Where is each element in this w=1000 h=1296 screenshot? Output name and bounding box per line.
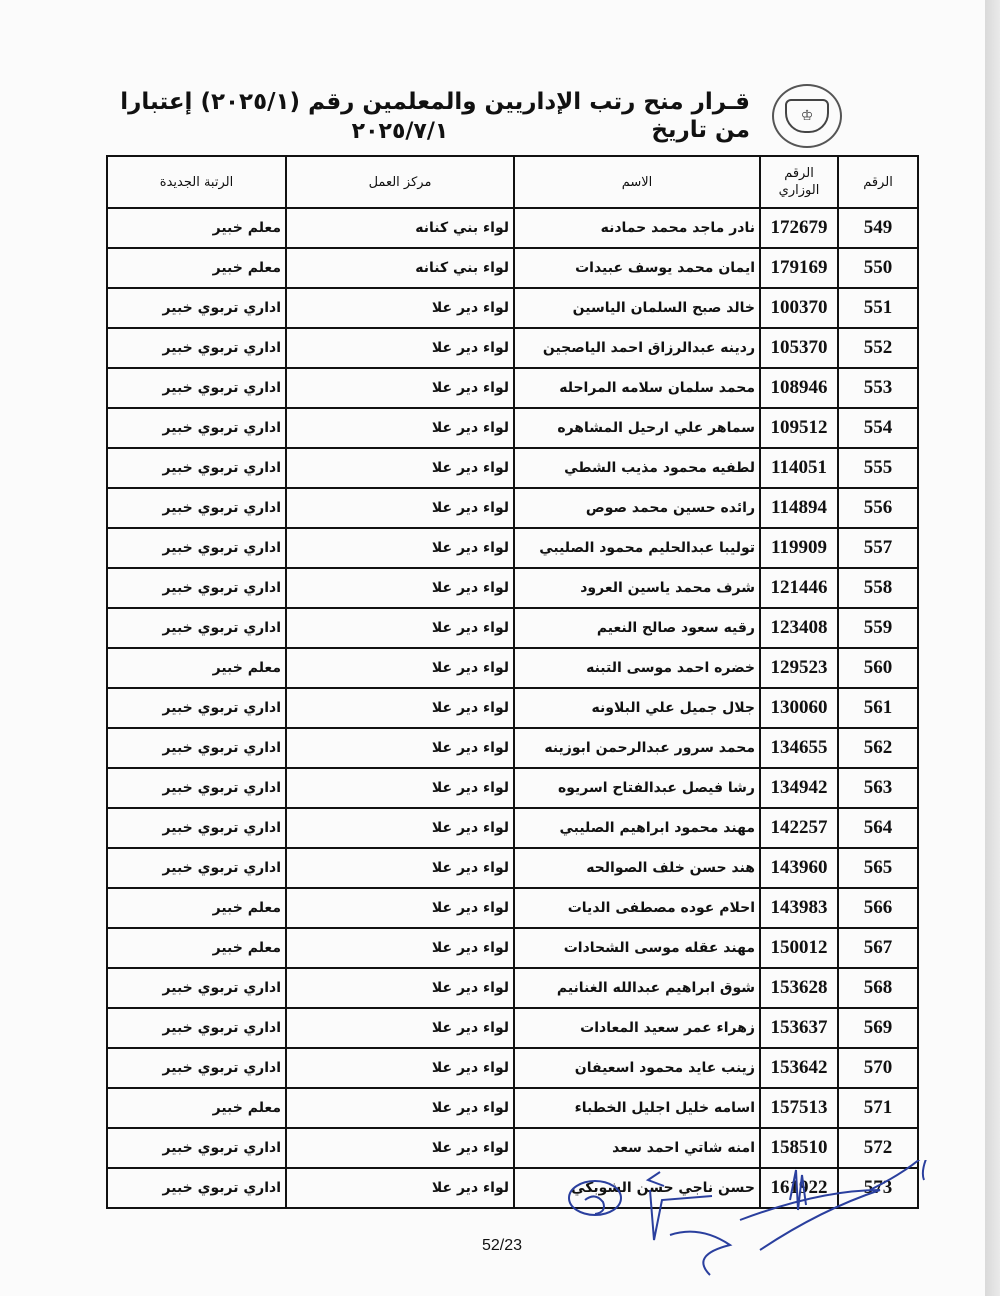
work-center-cell: لواء دير علا <box>286 968 514 1008</box>
serial-cell: 554 <box>838 408 918 448</box>
table-row: 560129523خضره احمد موسى التبنهلواء دير ع… <box>107 648 918 688</box>
new-rank-cell: اداري تربوي خبير <box>107 528 286 568</box>
ministry-id-cell: 142257 <box>760 808 838 848</box>
ministry-id-cell: 108946 <box>760 368 838 408</box>
table-row: 556114894رائده حسين محمد صوصلواء دير علا… <box>107 488 918 528</box>
ministry-id-cell: 130060 <box>760 688 838 728</box>
new-rank-cell: معلم خبير <box>107 208 286 248</box>
table-row: 554109512سماهر علي ارحيل المشاهرهلواء دي… <box>107 408 918 448</box>
table-row: 567150012مهند عقله موسى الشحاداتلواء دير… <box>107 928 918 968</box>
ministry-id-cell: 129523 <box>760 648 838 688</box>
work-center-cell: لواء دير علا <box>286 1088 514 1128</box>
header-serial: الرقم <box>838 156 918 208</box>
ministry-id-cell: 153637 <box>760 1008 838 1048</box>
name-cell: رائده حسين محمد صوص <box>514 488 760 528</box>
ministry-emblem-icon: ♔ <box>772 84 842 148</box>
work-center-cell: لواء دير علا <box>286 1008 514 1048</box>
name-cell: اسامه خليل اجليل الخطباء <box>514 1088 760 1128</box>
table-row: 561130060جلال جميل علي البلاونهلواء دير … <box>107 688 918 728</box>
work-center-cell: لواء دير علا <box>286 568 514 608</box>
ministry-id-cell: 179169 <box>760 248 838 288</box>
ministry-id-cell: 134942 <box>760 768 838 808</box>
serial-cell: 553 <box>838 368 918 408</box>
new-rank-cell: اداري تربوي خبير <box>107 768 286 808</box>
serial-cell: 565 <box>838 848 918 888</box>
new-rank-cell: اداري تربوي خبير <box>107 968 286 1008</box>
new-rank-cell: اداري تربوي خبير <box>107 488 286 528</box>
table-row: 557119909توليبا عبدالحليم محمود الصليبيل… <box>107 528 918 568</box>
serial-cell: 560 <box>838 648 918 688</box>
name-cell: خالد صبح السلمان الياسين <box>514 288 760 328</box>
work-center-cell: لواء بني كنانه <box>286 248 514 288</box>
name-cell: محمد سلمان سلامه المراحله <box>514 368 760 408</box>
work-center-cell: لواء دير علا <box>286 528 514 568</box>
table-row: 562134655محمد سرور عبدالرحمن ابوزينهلواء… <box>107 728 918 768</box>
table-row: 570153642زينب عايد محمود اسعيفانلواء دير… <box>107 1048 918 1088</box>
serial-cell: 551 <box>838 288 918 328</box>
new-rank-cell: اداري تربوي خبير <box>107 808 286 848</box>
crown-icon: ♔ <box>785 99 829 133</box>
table-row: 571157513اسامه خليل اجليل الخطباءلواء دي… <box>107 1088 918 1128</box>
ministry-id-cell: 109512 <box>760 408 838 448</box>
name-cell: رشا فيصل عبدالفتاح اسريوه <box>514 768 760 808</box>
ministry-id-cell: 121446 <box>760 568 838 608</box>
name-cell: مهند عقله موسى الشحادات <box>514 928 760 968</box>
name-cell: ردينه عبدالرزاق احمد الياصجين <box>514 328 760 368</box>
serial-cell: 564 <box>838 808 918 848</box>
work-center-cell: لواء دير علا <box>286 768 514 808</box>
ministry-id-cell: 143983 <box>760 888 838 928</box>
ministry-id-cell: 153642 <box>760 1048 838 1088</box>
ministry-id-cell: 172679 <box>760 208 838 248</box>
new-rank-cell: معلم خبير <box>107 1088 286 1128</box>
table-row: 550179169ايمان محمد يوسف عبيداتلواء بني … <box>107 248 918 288</box>
work-center-cell: لواء دير علا <box>286 848 514 888</box>
name-cell: مهند محمود ابراهيم الصليبي <box>514 808 760 848</box>
signatures-icon <box>540 1160 960 1296</box>
new-rank-cell: معلم خبير <box>107 888 286 928</box>
work-center-cell: لواء دير علا <box>286 888 514 928</box>
serial-cell: 568 <box>838 968 918 1008</box>
serial-cell: 570 <box>838 1048 918 1088</box>
table-body: 549172679نادر ماجد محمد حمادنهلواء بني ك… <box>107 208 918 1208</box>
new-rank-cell: اداري تربوي خبير <box>107 688 286 728</box>
work-center-cell: لواء دير علا <box>286 1048 514 1088</box>
name-cell: جلال جميل علي البلاونه <box>514 688 760 728</box>
serial-cell: 555 <box>838 448 918 488</box>
table-row: 558121446شرف محمد ياسين العرودلواء دير ع… <box>107 568 918 608</box>
name-cell: خضره احمد موسى التبنه <box>514 648 760 688</box>
work-center-cell: لواء دير علا <box>286 448 514 488</box>
work-center-cell: لواء دير علا <box>286 368 514 408</box>
ministry-id-cell: 114894 <box>760 488 838 528</box>
work-center-cell: لواء دير علا <box>286 408 514 448</box>
scan-edge <box>985 0 1000 1296</box>
serial-cell: 557 <box>838 528 918 568</box>
name-cell: زينب عايد محمود اسعيفان <box>514 1048 760 1088</box>
work-center-cell: لواء دير علا <box>286 488 514 528</box>
table-row: 569153637زهراء عمر سعيد المعاداتلواء دير… <box>107 1008 918 1048</box>
work-center-cell: لواء دير علا <box>286 688 514 728</box>
serial-cell: 559 <box>838 608 918 648</box>
serial-cell: 558 <box>838 568 918 608</box>
work-center-cell: لواء دير علا <box>286 928 514 968</box>
table-row: 552105370ردينه عبدالرزاق احمد الياصجينلو… <box>107 328 918 368</box>
promotions-table: الرقم الرقم الوزاري الاسم مركز العمل الر… <box>106 155 919 1209</box>
new-rank-cell: معلم خبير <box>107 248 286 288</box>
new-rank-cell: اداري تربوي خبير <box>107 1168 286 1208</box>
new-rank-cell: اداري تربوي خبير <box>107 368 286 408</box>
name-cell: محمد سرور عبدالرحمن ابوزينه <box>514 728 760 768</box>
header-work-center: مركز العمل <box>286 156 514 208</box>
new-rank-cell: اداري تربوي خبير <box>107 328 286 368</box>
table-row: 565143960هند حسن خلف الصوالحهلواء دير عل… <box>107 848 918 888</box>
ministry-id-cell: 134655 <box>760 728 838 768</box>
new-rank-cell: اداري تربوي خبير <box>107 1048 286 1088</box>
serial-cell: 549 <box>838 208 918 248</box>
name-cell: هند حسن خلف الصوالحه <box>514 848 760 888</box>
table-row: 551100370خالد صبح السلمان الياسينلواء دي… <box>107 288 918 328</box>
table-row: 549172679نادر ماجد محمد حمادنهلواء بني ك… <box>107 208 918 248</box>
work-center-cell: لواء دير علا <box>286 728 514 768</box>
work-center-cell: لواء دير علا <box>286 648 514 688</box>
ministry-id-cell: 123408 <box>760 608 838 648</box>
ministry-id-cell: 119909 <box>760 528 838 568</box>
new-rank-cell: اداري تربوي خبير <box>107 408 286 448</box>
work-center-cell: لواء بني كنانه <box>286 208 514 248</box>
serial-cell: 563 <box>838 768 918 808</box>
table-row: 555114051لطفيه محمود مذيب الشطيلواء دير … <box>107 448 918 488</box>
name-cell: احلام عوده مصطفى الديات <box>514 888 760 928</box>
table-row: 568153628شوق ابراهيم عبدالله الغنانيملوا… <box>107 968 918 1008</box>
work-center-cell: لواء دير علا <box>286 288 514 328</box>
new-rank-cell: اداري تربوي خبير <box>107 728 286 768</box>
work-center-cell: لواء دير علا <box>286 328 514 368</box>
table-row: 564142257مهند محمود ابراهيم الصليبيلواء … <box>107 808 918 848</box>
new-rank-cell: اداري تربوي خبير <box>107 1128 286 1168</box>
new-rank-cell: اداري تربوي خبير <box>107 448 286 488</box>
name-cell: رقيه سعود صالح النعيم <box>514 608 760 648</box>
name-cell: توليبا عبدالحليم محمود الصليبي <box>514 528 760 568</box>
table-row: 566143983احلام عوده مصطفى الدياتلواء دير… <box>107 888 918 928</box>
header-new-rank: الرتبة الجديدة <box>107 156 286 208</box>
new-rank-cell: اداري تربوي خبير <box>107 288 286 328</box>
serial-cell: 552 <box>838 328 918 368</box>
ministry-id-cell: 114051 <box>760 448 838 488</box>
ministry-id-cell: 157513 <box>760 1088 838 1128</box>
serial-cell: 569 <box>838 1008 918 1048</box>
table-row: 553108946محمد سلمان سلامه المراحلهلواء د… <box>107 368 918 408</box>
table-row: 559123408رقيه سعود صالح النعيملواء دير ع… <box>107 608 918 648</box>
ministry-id-cell: 143960 <box>760 848 838 888</box>
new-rank-cell: معلم خبير <box>107 928 286 968</box>
name-cell: زهراء عمر سعيد المعادات <box>514 1008 760 1048</box>
new-rank-cell: اداري تربوي خبير <box>107 568 286 608</box>
name-cell: لطفيه محمود مذيب الشطي <box>514 448 760 488</box>
ministry-id-cell: 105370 <box>760 328 838 368</box>
header-name: الاسم <box>514 156 760 208</box>
serial-cell: 550 <box>838 248 918 288</box>
new-rank-cell: اداري تربوي خبير <box>107 608 286 648</box>
work-center-cell: لواء دير علا <box>286 808 514 848</box>
serial-cell: 561 <box>838 688 918 728</box>
name-cell: نادر ماجد محمد حمادنه <box>514 208 760 248</box>
ministry-id-cell: 150012 <box>760 928 838 968</box>
name-cell: ايمان محمد يوسف عبيدات <box>514 248 760 288</box>
serial-cell: 556 <box>838 488 918 528</box>
page-number: 52/23 <box>482 1237 522 1255</box>
work-center-cell: لواء دير علا <box>286 1128 514 1168</box>
document-date: ٢٠٢٥/٧/١ <box>300 118 500 146</box>
table-row: 563134942رشا فيصل عبدالفتاح اسريوهلواء د… <box>107 768 918 808</box>
new-rank-cell: اداري تربوي خبير <box>107 848 286 888</box>
serial-cell: 571 <box>838 1088 918 1128</box>
header-ministry-id: الرقم الوزاري <box>760 156 838 208</box>
serial-cell: 566 <box>838 888 918 928</box>
serial-cell: 562 <box>838 728 918 768</box>
work-center-cell: لواء دير علا <box>286 1168 514 1208</box>
work-center-cell: لواء دير علا <box>286 608 514 648</box>
new-rank-cell: معلم خبير <box>107 648 286 688</box>
table-header-row: الرقم الرقم الوزاري الاسم مركز العمل الر… <box>107 156 918 208</box>
name-cell: شوق ابراهيم عبدالله الغنانيم <box>514 968 760 1008</box>
document-page: ♔ قـرار منح رتب الإداريين والمعلمين رقم … <box>0 0 985 1296</box>
serial-cell: 567 <box>838 928 918 968</box>
ministry-id-cell: 153628 <box>760 968 838 1008</box>
new-rank-cell: اداري تربوي خبير <box>107 1008 286 1048</box>
ministry-id-cell: 100370 <box>760 288 838 328</box>
name-cell: سماهر علي ارحيل المشاهره <box>514 408 760 448</box>
name-cell: شرف محمد ياسين العرود <box>514 568 760 608</box>
